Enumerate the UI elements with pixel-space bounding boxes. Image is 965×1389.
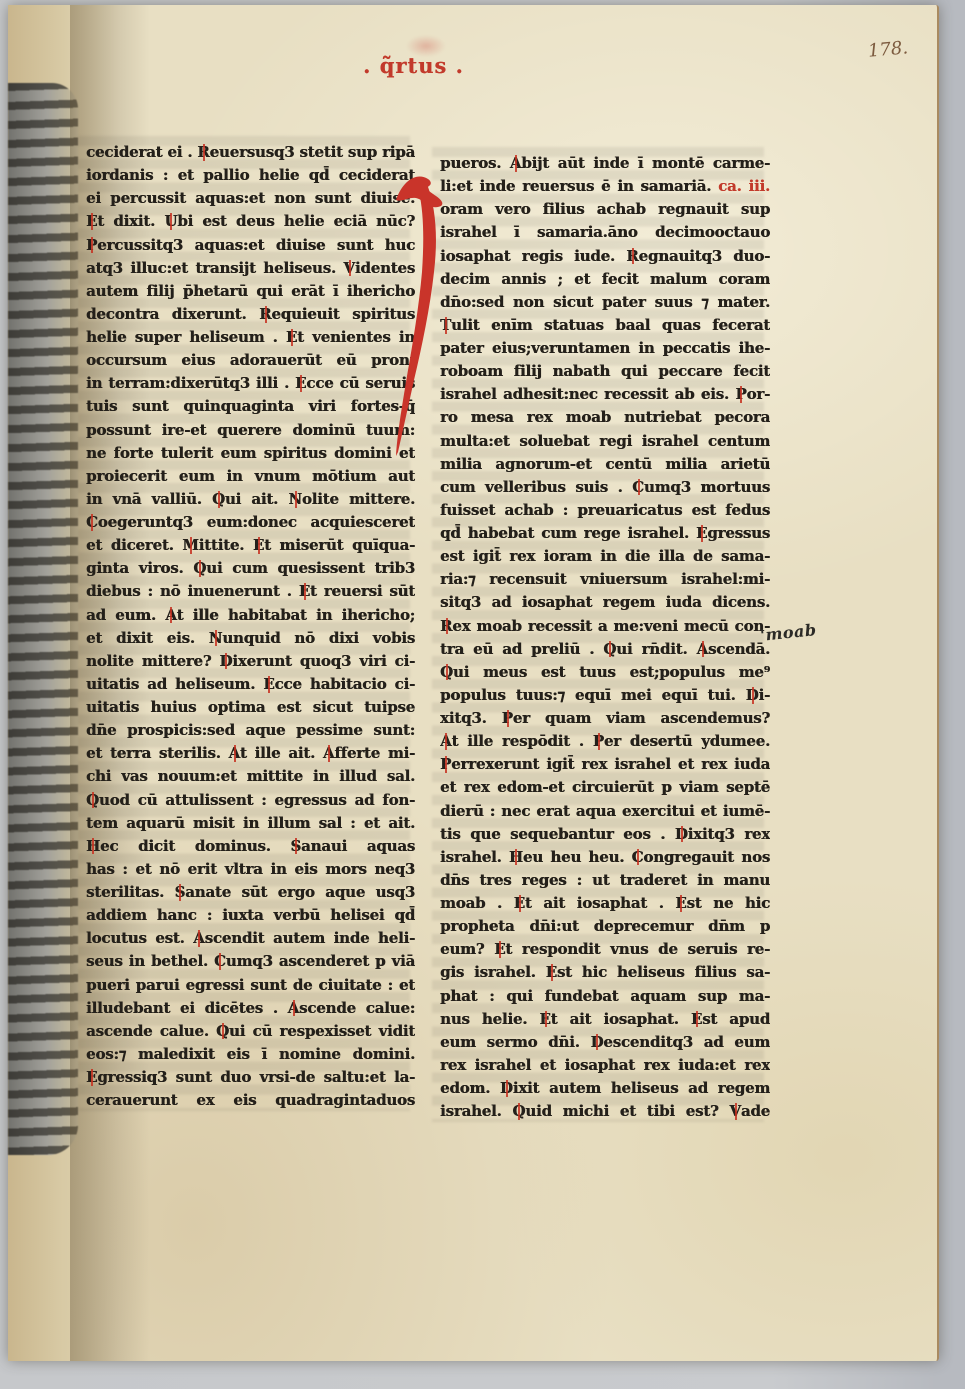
rubricated-capital: E — [253, 534, 264, 557]
text-column-left: ceciderat ei . Reuersusq3 stetit sup rip… — [86, 141, 415, 1112]
rubricated-capital: C — [632, 846, 644, 869]
rubricated-capital: Q — [216, 1020, 229, 1043]
rubricated-capital: C — [86, 511, 98, 534]
rubricated-capital: A — [510, 152, 521, 175]
folio-number: 178. — [867, 37, 909, 61]
text-line: fuisset achab : preuaricatus est fedus — [440, 499, 770, 522]
text-line: occursum eius adorauerūt eū proni — [86, 349, 415, 372]
text-line: pueri parui egressi sunt de ciuitate : e… — [86, 974, 415, 997]
rubricated-capital: V — [729, 1100, 740, 1123]
text-column-right: pueros. Abijt aūt inde ī montē carme-li:… — [440, 152, 770, 1123]
rubricated-capital: D — [746, 684, 759, 707]
rubricated-capital: A — [696, 638, 707, 661]
text-line: et rex edom-et circuierūt p viam septē — [440, 776, 770, 799]
rubricated-capital: M — [182, 534, 198, 557]
rubricated-capital: R — [259, 303, 271, 326]
text-line: has : et nō erit vltra in eis mors neq3 — [86, 858, 415, 881]
text-line: oram vero filius achab regnauit sup — [440, 198, 770, 221]
rubricated-capital: C — [214, 950, 226, 973]
text-line: israhel adhesit:nec recessit ab eis. Por… — [440, 383, 770, 406]
text-line: atq3 illuc:et transijt heliseus. Vidente… — [86, 257, 415, 280]
text-line: milia agnorum-et centū milia arietū — [440, 453, 770, 476]
text-line: sitq3 ad iosaphat regem iuda dicens. — [440, 591, 770, 614]
text-line: dierū : nec erat aqua exercitui et iumē- — [440, 800, 770, 823]
text-line: est igit̄ rex ioram in die illa de sama- — [440, 545, 770, 568]
rubricated-capital: N — [288, 488, 302, 511]
text-line: Hec dicit dominus. Sanaui aquas — [86, 835, 415, 858]
rubricated-capital: A — [323, 742, 334, 765]
rubricated-capital: U — [164, 210, 177, 233]
rubricated-capital: E — [86, 1066, 97, 1089]
rubricated-capital: C — [632, 476, 644, 499]
text-line: iosaphat regis iude. Regnauitq3 duo- — [440, 245, 770, 268]
rubricated-capital: E — [299, 580, 310, 603]
rubricated-capital: N — [209, 627, 223, 650]
rubricated-capital: A — [228, 742, 239, 765]
text-line: Qui meus est tuus est;populus me⁹ — [440, 661, 770, 684]
text-line: uitatis huius optima est sicut tuipse — [86, 696, 415, 719]
text-line: propheta dn̄i:ut deprecemur dn̄m p — [440, 915, 770, 938]
text-line: qd̄ habebat cum rege israhel. Egressus — [440, 522, 770, 545]
rubricated-capital: A — [193, 927, 204, 950]
text-line: dn̄o:sed non sicut pater suus ⁊ mater. — [440, 291, 770, 314]
text-line: ad eum. At ille habitabat in ihericho; — [86, 604, 415, 627]
text-line: nus helie. Et ait iosaphat. Est apud — [440, 1008, 770, 1031]
rubricated-capital: Q — [193, 557, 206, 580]
text-line: moab . Et ait iosaphat . Est ne hic — [440, 892, 770, 915]
text-line: populus tuus:⁊ equī mei equī tui. Di- — [440, 684, 770, 707]
text-line: autem filij p̄hetarū qui erāt ī ihericho — [86, 280, 415, 303]
text-line: pater eius;veruntamen in peccatis ihe- — [440, 337, 770, 360]
text-line: ne forte tulerit eum spiritus domini et — [86, 442, 415, 465]
text-line: tuis sunt quinquaginta viri fortes-q̄ — [86, 395, 415, 418]
rubricated-capital: E — [691, 1008, 702, 1031]
text-line: et dixit eis. Nunquid nō dixi vobis — [86, 627, 415, 650]
text-line: dn̄e prospicis:sed aque pessime sunt: — [86, 719, 415, 742]
text-line: xitq3. Per quam viam ascendemus? — [440, 707, 770, 730]
rubricated-capital: S — [175, 881, 186, 904]
text-line: Egressiq3 sunt duo vrsi-de saltu:et la- — [86, 1066, 415, 1089]
rubricated-capital: E — [494, 938, 505, 961]
text-line: tis que sequebantur eos . Dixitq3 rex — [440, 823, 770, 846]
text-line: diebus : nō inuenerunt . Et reuersi sūt — [86, 580, 415, 603]
text-line: tra eū ad preliū . Qui rn̄dit. Ascendā. — [440, 638, 770, 661]
rubricated-capital: E — [86, 210, 97, 233]
text-line: proiecerit eum in vnum mōtium aut — [86, 465, 415, 488]
text-line: li:et inde reuersus ē in samariā. ca. ii… — [440, 175, 770, 198]
text-line: israhel. Quid michi et tibi est? Vade — [440, 1100, 770, 1123]
rubricated-capital: D — [590, 1031, 603, 1054]
rubricated-capital: E — [539, 1008, 550, 1031]
text-line: chi vas nouum:et mittite in illud sal. — [86, 765, 415, 788]
text-line: edom. Dixit autem heliseus ad regem — [440, 1077, 770, 1100]
rubricated-capital: D — [675, 823, 688, 846]
rubricated-capital: Q — [603, 638, 616, 661]
rubricated-capital: H — [86, 835, 100, 858]
text-line: ascende calue. Qui cū respexisset vidit — [86, 1020, 415, 1043]
rubricated-capital: E — [514, 892, 525, 915]
rubricated-capital: P — [735, 383, 746, 406]
rubricated-capital: A — [165, 604, 176, 627]
rubricated-capital: V — [343, 257, 354, 280]
text-line: helie super heliseum . Et venientes in — [86, 326, 415, 349]
facing-page-edge — [8, 83, 78, 1155]
text-line: in vnā valliū. Qui ait. Nolite mittere. — [86, 488, 415, 511]
rubricated-capital: P — [593, 730, 604, 753]
rubricated-capital: A — [288, 997, 299, 1020]
text-line: dn̄s tres reges : ut traderet in manu — [440, 869, 770, 892]
rubricated-capital: Q — [86, 789, 99, 812]
running-title-rubric: . q̃rtus . — [363, 53, 483, 78]
rubricated-capital: D — [219, 650, 232, 673]
text-line: addiem hanc : iuxta verbū helisei qd̄ — [86, 904, 415, 927]
text-line: iordanis : et pallio helie qd̄ ceciderat — [86, 164, 415, 187]
text-line: in terram:dixerūtq3 illi . Ecce cū serui… — [86, 372, 415, 395]
rubricated-capital: R — [197, 141, 209, 164]
rubricated-capital: S — [290, 835, 301, 858]
text-line: decim annis ; et fecit malum coram — [440, 268, 770, 291]
text-line: gis israhel. Est hic heliseus filius sa- — [440, 961, 770, 984]
rubricated-capital: E — [263, 673, 274, 696]
text-line: Coegeruntq3 eum:donec acquiesceret — [86, 511, 415, 534]
text-line: eum sermo dn̄i. Descenditq3 ad eum — [440, 1031, 770, 1054]
text-line: locutus est. Ascendit autem inde heli- — [86, 927, 415, 950]
rubricated-capital: Q — [512, 1100, 525, 1123]
text-line: israhel. Heu heu heu. Congregauit nos — [440, 846, 770, 869]
text-line: Percussitq3 aquas:et diuise sunt huc — [86, 234, 415, 257]
text-line: nolite mittere? Dixerunt quoq3 viri ci- — [86, 650, 415, 673]
text-line: possunt ire-et querere dominū tuum: — [86, 419, 415, 442]
text-line: Quod cū attulissent : egressus ad fon- — [86, 789, 415, 812]
text-line: et terra sterilis. At ille ait. Afferte … — [86, 742, 415, 765]
rubricated-capital: D — [500, 1077, 513, 1100]
text-line: At ille respōdit . Per desertū ydumee. — [440, 730, 770, 753]
text-line: sterilitas. Sanate sūt ergo aque usq3 — [86, 881, 415, 904]
rubricated-capital: P — [86, 234, 97, 257]
rubricated-capital: E — [295, 372, 306, 395]
rubricated-capital: Q — [212, 488, 225, 511]
rubricated-capital: A — [440, 730, 451, 753]
text-line: rex israhel et iosaphat rex iuda:et rex — [440, 1054, 770, 1077]
text-line: illudebant ei dicētes . Ascende calue: — [86, 997, 415, 1020]
text-line: ginta viros. Qui cum quesissent trib3 — [86, 557, 415, 580]
rubricated-capital: E — [546, 961, 557, 984]
rubricated-capital: R — [626, 245, 638, 268]
rubricated-capital: P — [440, 753, 451, 776]
rubricated-capital: Q — [440, 661, 453, 684]
text-line: cerauerunt ex eis quadragintaduos — [86, 1089, 415, 1112]
text-line: ei percussit aquas:et non sunt diuise. — [86, 187, 415, 210]
text-line: eum? Et respondit vnus de seruis re- — [440, 938, 770, 961]
text-line: seus in bethel. Cumq3 ascenderet p viā — [86, 950, 415, 973]
text-line: ria:⁊ recensuit vniuersum israhel:mi- — [440, 568, 770, 591]
rubricated-capital: R — [440, 615, 452, 638]
manuscript-page: . q̃rtus . 178. ceciderat ei . Reuersusq… — [8, 5, 939, 1361]
rubricated-capital: H — [509, 846, 523, 869]
text-line: Tulit enīm statuas baal quas fecerat — [440, 314, 770, 337]
text-line: israhel ī samaria.āno decimooctauo — [440, 221, 770, 244]
text-line: et diceret. Mittite. Et miserūt quīqua- — [86, 534, 415, 557]
rubricated-capital: E — [696, 522, 707, 545]
text-line: pueros. Abijt aūt inde ī montē carme- — [440, 152, 770, 175]
text-line: uitatis ad heliseum. Ecce habitacio ci- — [86, 673, 415, 696]
text-line: ro mesa rex moab nutriebat pecora — [440, 406, 770, 429]
photograph-backdrop: { "page": { "header_rubric": ". q̃rtus .… — [0, 0, 965, 1389]
text-line: ceciderat ei . Reuersusq3 stetit sup rip… — [86, 141, 415, 164]
text-line: cum velleribus suis . Cumq3 mortuus — [440, 476, 770, 499]
text-line: eos:⁊ maledixit eis ī nomine domini. — [86, 1043, 415, 1066]
text-line: Rex moab recessit a me:veni mecū con- — [440, 615, 770, 638]
text-line: multa:et soluebat regi israhel centum — [440, 430, 770, 453]
text-line: Et dixit. Ubi est deus helie eciā nūc? — [86, 210, 415, 233]
text-line: Perrexerunt igit̄ rex israhel et rex iud… — [440, 753, 770, 776]
text-line: tem aquarū misit in illum sal : et ait. — [86, 812, 415, 835]
chapter-marker-rubric: ca. iii. — [718, 177, 770, 195]
rubricated-capital: P — [502, 707, 513, 730]
red-lombard-initial-I — [391, 170, 451, 460]
text-line: phat : qui fundebat aquam sup ma- — [440, 985, 770, 1008]
text-line: decontra dixerunt. Requieuit spiritus — [86, 303, 415, 326]
rubricated-capital: E — [286, 326, 297, 349]
rubricated-capital: E — [675, 892, 686, 915]
text-line: roboam filij nabath qui peccare fecit — [440, 360, 770, 383]
